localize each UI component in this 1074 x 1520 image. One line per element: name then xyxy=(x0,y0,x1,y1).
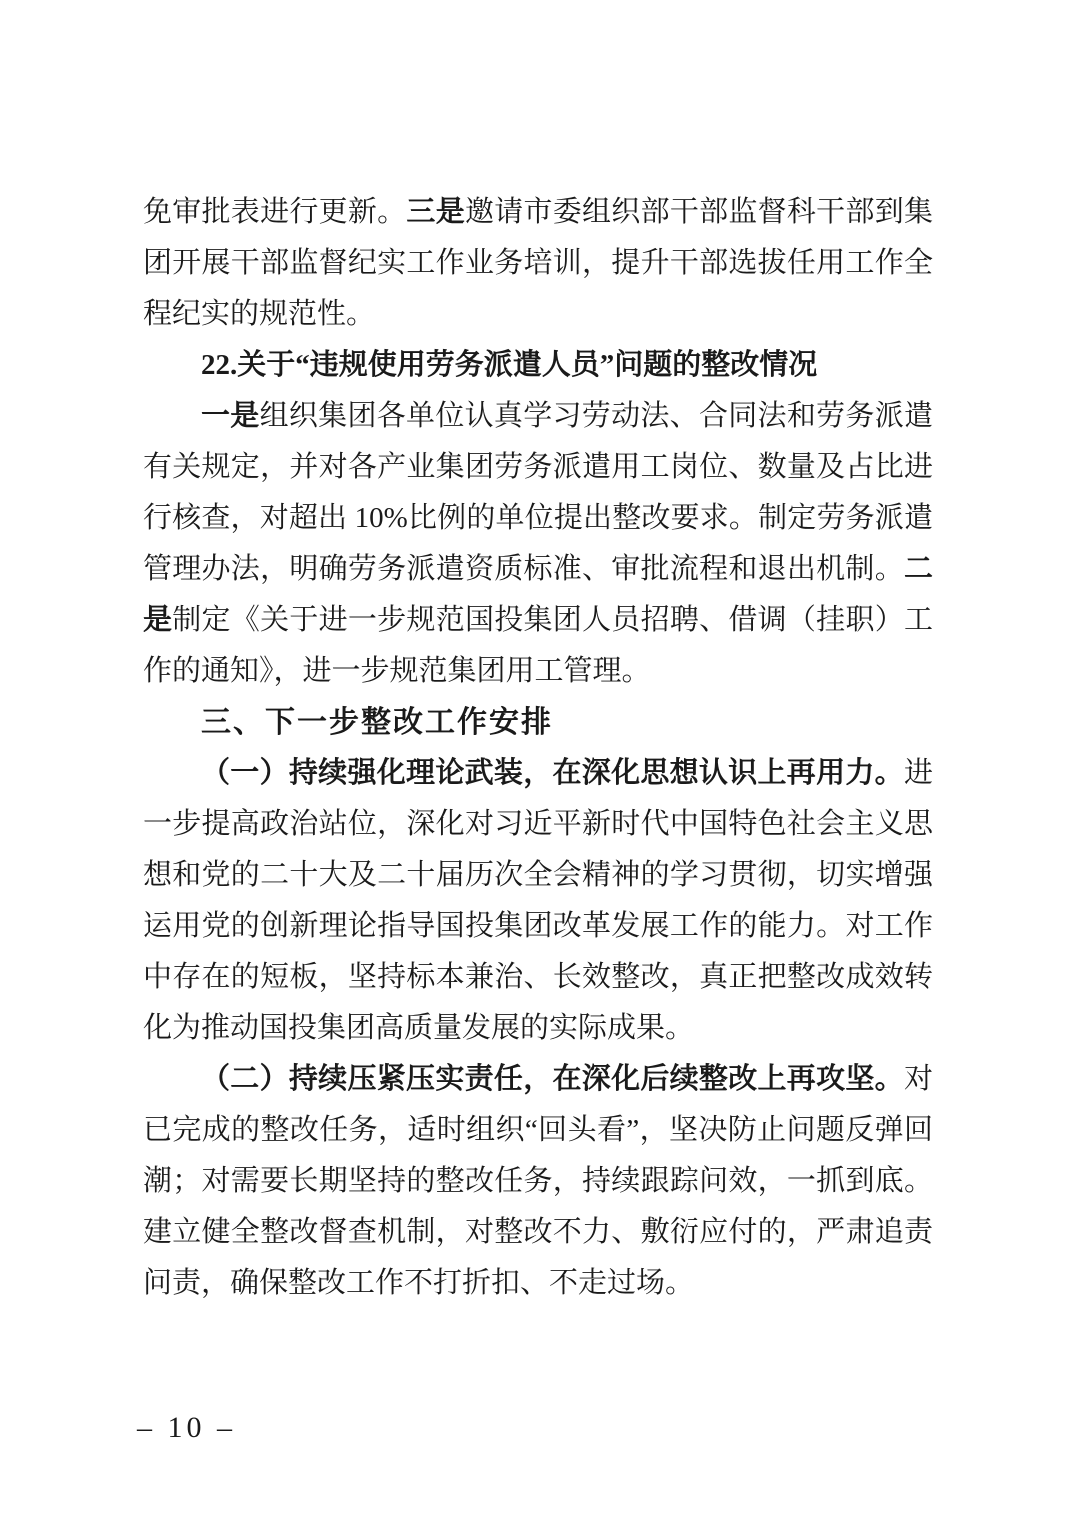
heading-item-22: 22.关于“违规使用劳务派遣人员”问题的整改情况 xyxy=(143,340,933,391)
text-line: 问责，确保整改工作不打折扣、不走过场。 xyxy=(143,1258,933,1309)
text-line: 一步提高政治站位，深化对习近平新时代中国特色社会主义思 xyxy=(143,799,933,850)
paragraph-continuation: 免审批表进行更新。三是邀请市委组织部干部监督科干部到集 团开展干部监督纪实工作业… xyxy=(143,187,933,340)
text-line: 潮；对需要长期坚持的整改任务，持续跟踪问效，一抓到底。 xyxy=(143,1156,933,1207)
page-number: – 10 – xyxy=(137,1411,236,1444)
text-line: 团开展干部监督纪实工作业务培训，提升干部选拔任用工作全 xyxy=(143,238,933,289)
text-line: 中存在的短板，坚持标本兼治、长效整改，真正把整改成效转 xyxy=(143,952,933,1003)
document-body: 免审批表进行更新。三是邀请市委组织部干部监督科干部到集 团开展干部监督纪实工作业… xyxy=(143,187,933,1309)
document-page: 免审批表进行更新。三是邀请市委组织部干部监督科干部到集 团开展干部监督纪实工作业… xyxy=(0,0,1074,1520)
emphasis-text: 一是 xyxy=(201,400,260,432)
heading-section-3: 三、下一步整改工作安排 xyxy=(143,697,933,748)
body-text: 免审批表进行更新。 xyxy=(143,196,406,228)
text-line: 建立健全整改督查机制，对整改不力、敷衍应付的，严肃追责 xyxy=(143,1207,933,1258)
emphasis-text: 是 xyxy=(143,604,172,636)
lead-sentence: （二）持续压紧压实责任，在深化后续整改上再攻坚。 xyxy=(201,1063,904,1095)
paragraph-section3-2: （二）持续压紧压实责任，在深化后续整改上再攻坚。对 已完成的整改任务，适时组织“… xyxy=(143,1054,933,1309)
text-line: 想和党的二十大及二十届历次全会精神的学习贯彻，切实增强 xyxy=(143,850,933,901)
text-line: 管理办法，明确劳务派遣资质标准、审批流程和退出机制。二 xyxy=(143,544,933,595)
text-line: 一是组织集团各单位认真学习劳动法、合同法和劳务派遣 xyxy=(143,391,933,442)
paragraph-section3-1: （一）持续强化理论武装，在深化思想认识上再用力。进 一步提高政治站位，深化对习近… xyxy=(143,748,933,1054)
body-text: 进 xyxy=(904,757,933,789)
text-line: 程纪实的规范性。 xyxy=(143,289,933,340)
text-line: 运用党的创新理论指导国投集团改革发展工作的能力。对工作 xyxy=(143,901,933,952)
text-line: 作的通知》，进一步规范集团用工管理。 xyxy=(143,646,933,697)
text-line: 行核查，对超出 10%比例的单位提出整改要求。制定劳务派遣 xyxy=(143,493,933,544)
text-line: 是制定《关于进一步规范国投集团人员招聘、借调（挂职）工 xyxy=(143,595,933,646)
text-line: （二）持续压紧压实责任，在深化后续整改上再攻坚。对 xyxy=(143,1054,933,1105)
body-text: 制定《关于进一步规范国投集团人员招聘、借调（挂职）工 xyxy=(172,604,933,636)
text-line: 有关规定，并对各产业集团劳务派遣用工岗位、数量及占比进 xyxy=(143,442,933,493)
text-line: 化为推动国投集团高质量发展的实际成果。 xyxy=(143,1003,933,1054)
page-footer: – 10 – xyxy=(137,1412,236,1444)
body-text: 邀请市委组织部干部监督科干部到集 xyxy=(465,196,933,228)
emphasis-text: 二 xyxy=(904,553,933,585)
body-text: 组织集团各单位认真学习劳动法、合同法和劳务派遣 xyxy=(260,400,933,432)
body-text: 对 xyxy=(904,1063,933,1095)
paragraph-item-22: 一是组织集团各单位认真学习劳动法、合同法和劳务派遣 有关规定，并对各产业集团劳务… xyxy=(143,391,933,697)
lead-sentence: （一）持续强化理论武装，在深化思想认识上再用力。 xyxy=(201,757,904,789)
emphasis-text: 三是 xyxy=(406,196,465,228)
text-line: 已完成的整改任务，适时组织“回头看”，坚决防止问题反弹回 xyxy=(143,1105,933,1156)
text-line: （一）持续强化理论武装，在深化思想认识上再用力。进 xyxy=(143,748,933,799)
text-line: 免审批表进行更新。三是邀请市委组织部干部监督科干部到集 xyxy=(143,187,933,238)
body-text: 管理办法，明确劳务派遣资质标准、审批流程和退出机制。 xyxy=(143,553,904,585)
